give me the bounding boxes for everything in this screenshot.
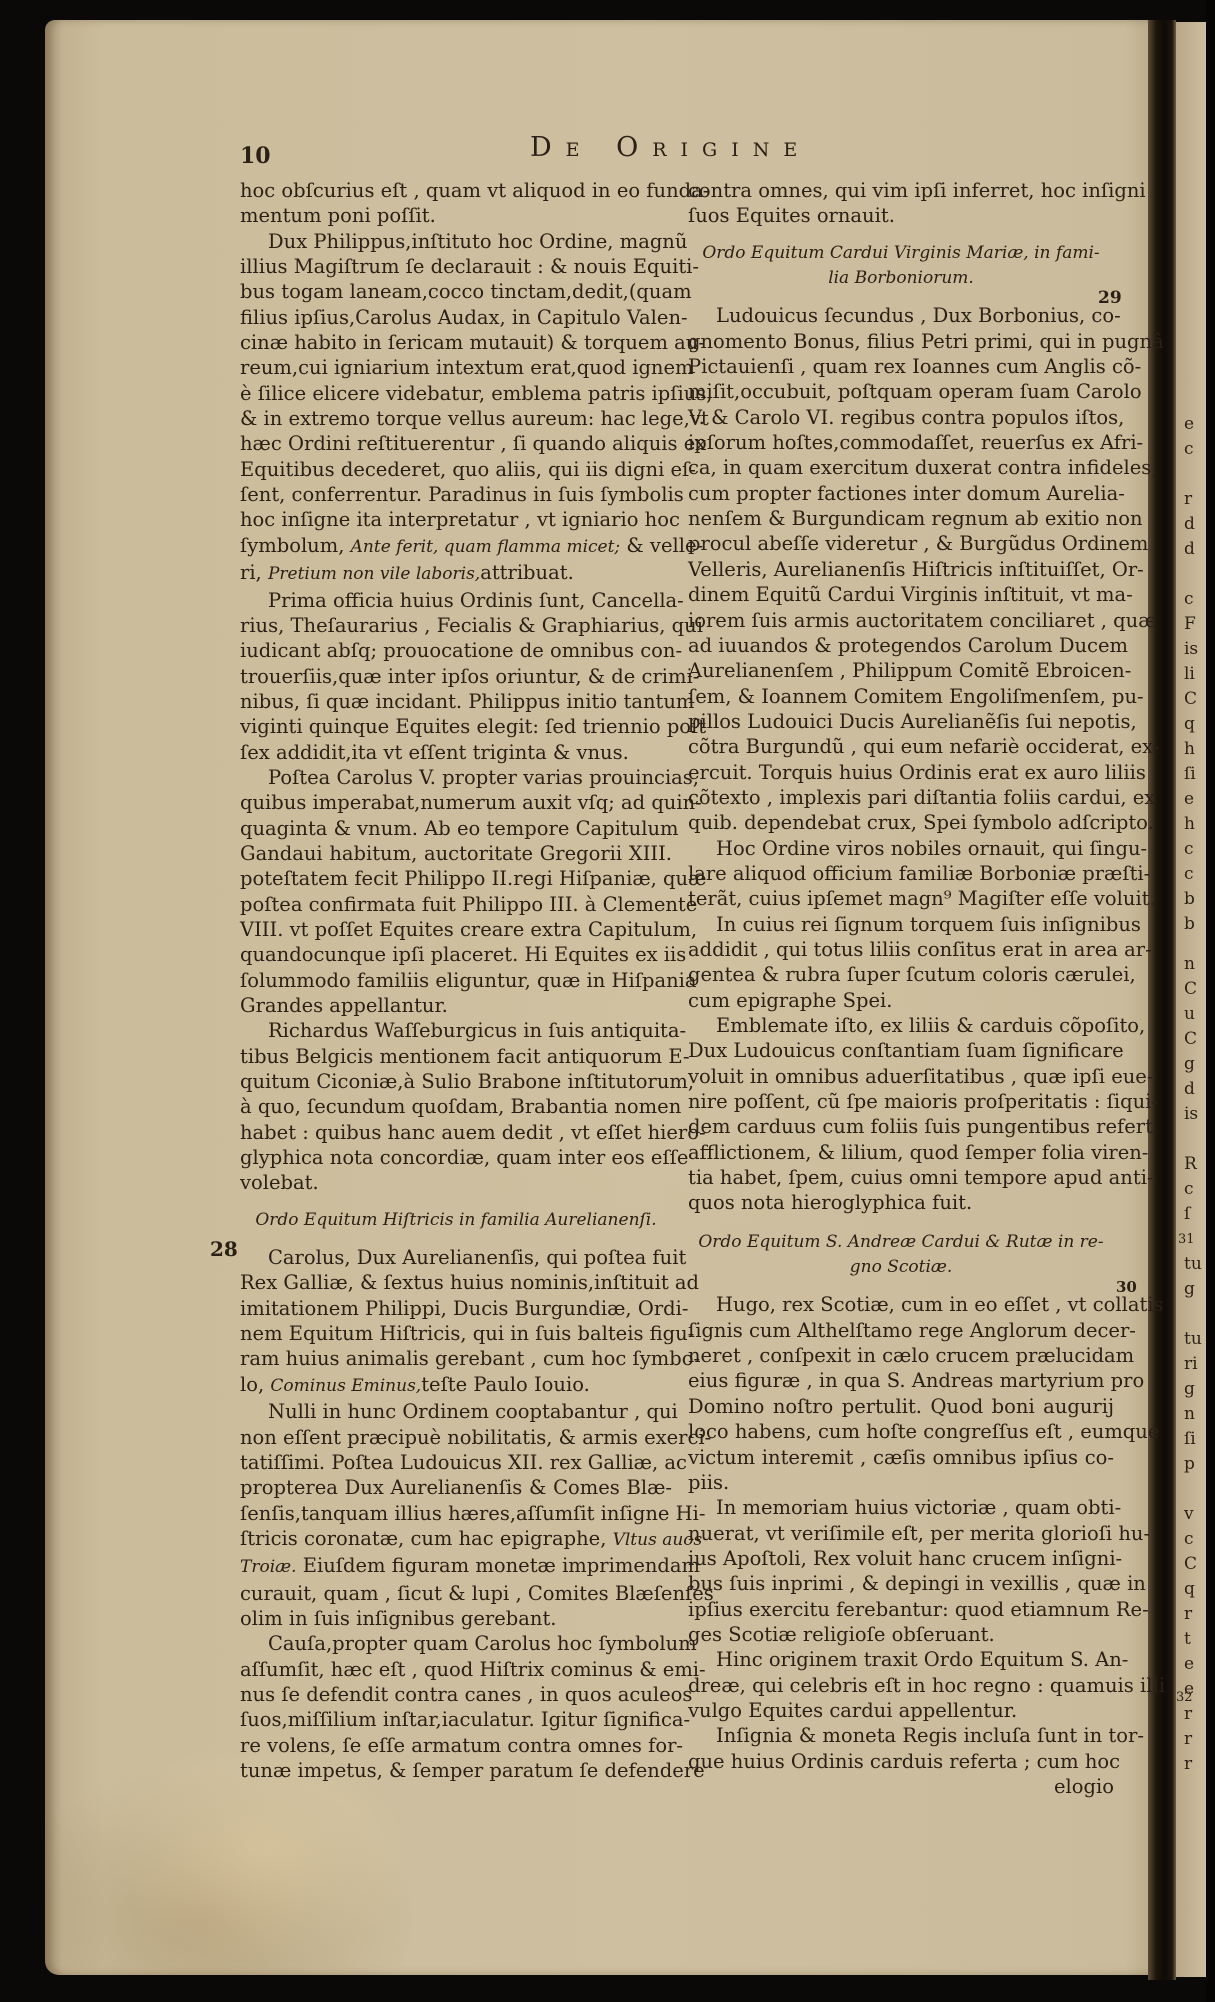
text-line: à quo, ſecundum quoſdam, Brabantia nomen xyxy=(240,1094,672,1119)
text-line: Emblemate iſto, ex liliis & carduis cõpo… xyxy=(688,1013,1114,1038)
text-line: illius Magiſtrum ſe declarauit : & nouis… xyxy=(240,254,672,279)
text-line: tia habet, ſpem, cuius omni tempore apud… xyxy=(688,1165,1114,1190)
next-page-text-mid: n C u C g d is R c ſ xyxy=(1184,952,1198,1227)
margin-number-30: 30 xyxy=(1116,1278,1137,1296)
text-line: ius Apoſtoli, Rex voluit hanc crucem inſ… xyxy=(688,1546,1114,1571)
text-line: contra omnes, qui vim ipſi inferret, hoc… xyxy=(688,178,1114,203)
text-line: In cuius rei ſignum torquem ſuis inſigni… xyxy=(688,912,1114,937)
text-line: nus ſe defendit contra canes , in quos a… xyxy=(240,1682,672,1707)
text-line: ercuit. Torquis huius Ordinis erat ex au… xyxy=(688,760,1114,785)
text-line: tatiſſimi. Poſtea Ludouicus XII. rex Gal… xyxy=(240,1450,672,1475)
next-page-margin-number-32: 32 xyxy=(1176,1685,1193,1710)
text-line: tibus Belgicis mentionem facit antiquoru… xyxy=(240,1044,672,1069)
text-line: quandocunque ipſi placeret. Hi Equites e… xyxy=(240,942,672,967)
text-line: dinem Equitũ Cardui Virginis inſtituit, … xyxy=(688,582,1114,607)
text-line: ſex addidit,ita vt eſſent triginta & vnu… xyxy=(240,740,672,765)
text-line: Equitibus decederet, quo aliis, qui iis … xyxy=(240,457,672,482)
section-heading-histrix: Ordo Equitum Hiſtricis in familia Aureli… xyxy=(240,1208,672,1233)
text-line: Ludouicus ſecundus , Dux Borbonius, co- xyxy=(688,303,1114,328)
margin-number-29: 29 xyxy=(1098,288,1122,308)
text-line: ſuos,miſſilium inſtar,iaculatur. Igitur … xyxy=(240,1707,672,1732)
text-line: ſtricis coronatæ, cum hac epigraphe, Vlt… xyxy=(240,1526,672,1553)
text-line: Hinc originem traxit Ordo Equitum S. An- xyxy=(688,1647,1114,1672)
margin-number-28: 28 xyxy=(210,1237,238,1261)
text-line: miſit,occubuit, poſtquam operam ſuam Car… xyxy=(688,379,1114,404)
text-line: ſignis cum Althelſtamo rege Anglorum dec… xyxy=(688,1318,1114,1343)
text-line: bus ſuis inprimi , & depingi in vexillis… xyxy=(688,1571,1114,1596)
text-line: ſent, conferrentur. Paradinus in ſuis ſy… xyxy=(240,482,672,507)
text-line: iorem ſuis armis auctoritatem conciliare… xyxy=(688,608,1114,633)
text-line: Inſignia & moneta Regis incluſa ſunt in … xyxy=(688,1723,1114,1748)
text-line: Domino noſtro pertulit. Quod boni auguri… xyxy=(688,1394,1114,1419)
text-line: Cauſa,propter quam Carolus hoc ſymbolum xyxy=(240,1631,672,1656)
text-line: que huius Ordinis carduis referta ; cum … xyxy=(688,1749,1114,1774)
text-line: poteſtatem fecit Philippo II.regi Hiſpan… xyxy=(240,866,672,891)
text-line: Poſtea Carolus V. propter varias prouinc… xyxy=(240,765,672,790)
text-line: quibus imperabat,numerum auxit vſq; ad q… xyxy=(240,790,672,815)
text-line: nenſem & Burgundicam regnum ab exitio no… xyxy=(688,506,1114,531)
text-line: VIII. vt poſſet Equites creare extra Cap… xyxy=(240,917,672,942)
spacer xyxy=(240,1196,672,1208)
section-heading-andreae: Ordo Equitum S. Andreæ Cardui & Rutæ in … xyxy=(688,1230,1114,1255)
text-line: neret , conſpexit in cælo crucem præluci… xyxy=(688,1343,1114,1368)
text-line: reum,cui igniarium intextum erat,quod ig… xyxy=(240,355,672,380)
text-line: viginti quinque Equites elegit: ſed trie… xyxy=(240,714,672,739)
text-line: Gandaui habitum, auctoritate Gregorii XI… xyxy=(240,841,672,866)
text-run: lo, xyxy=(240,1373,270,1396)
text-run: ri, xyxy=(240,561,268,584)
text-line: Rex Galliæ, & ſextus huius nominis,inſti… xyxy=(240,1270,672,1295)
text-line: In memoriam huius victoriæ , quam obti- xyxy=(688,1495,1114,1520)
spacer xyxy=(688,291,1114,303)
right-column: contra omnes, qui vim ipſi inferret, hoc… xyxy=(688,178,1114,1799)
text-line: glyphica nota concordiæ, quam inter eos … xyxy=(240,1145,672,1170)
next-page-margin-number-31: 31 xyxy=(1178,1227,1195,1252)
text-line: hæc Ordini reſtituerentur , ſi quando al… xyxy=(240,431,672,456)
text-line: Nulli in hunc Ordinem cooptabantur , qui xyxy=(240,1399,672,1424)
text-line: aſſumſit, hæc eſt , quod Hiſtrix cominus… xyxy=(240,1657,672,1682)
text-line: hoc inſigne ita interpretatur , vt ignia… xyxy=(240,507,672,532)
text-line: imitationem Philippi, Ducis Burgundiæ, O… xyxy=(240,1296,672,1321)
spacer xyxy=(688,229,1114,241)
text-line: terãt, cuius ipſemet magn⁹ Magiſter eſſe… xyxy=(688,886,1114,911)
italic-motto: Cominus Eminus, xyxy=(270,1376,421,1396)
running-head: De Origine xyxy=(530,132,811,163)
section-heading-carduus-cont: lia Borboniorum. xyxy=(688,266,1114,291)
section-heading-andreae-cont: gno Scotiæ. xyxy=(688,1255,1114,1280)
text-line: procul abeſſe videretur , & Burgũdus Ord… xyxy=(688,531,1114,556)
text-line: ſolummodo familiis eliguntur, quæ in Hiſ… xyxy=(240,968,672,993)
text-line: Aurelianenſem , Philippum Comitẽ Ebroice… xyxy=(688,658,1114,683)
text-line: ri, Pretium non vile laboris,attribuat. xyxy=(240,560,672,587)
scan-border xyxy=(1206,0,1215,2002)
text-line: loco habens, cum hoſte congreſſus eſt , … xyxy=(688,1419,1114,1444)
text-line: Hoc Ordine viros nobiles ornauit, qui ſi… xyxy=(688,836,1114,861)
text-line: nibus, ſi quæ incidant. Philippus initio… xyxy=(240,689,672,714)
text-run: attribuat. xyxy=(480,561,574,584)
next-page-edge: e c r d d c F is li C q h ſi e h c c b b… xyxy=(1176,22,1206,1977)
text-line: cum propter factiones inter domum Aureli… xyxy=(688,481,1114,506)
text-line: habet : quibus hanc auem dedit , vt eſſe… xyxy=(240,1120,672,1145)
text-line: poſtea confirmata fuit Philippo III. à C… xyxy=(240,892,672,917)
text-line: filius ipſius,Carolus Audax, in Capitulo… xyxy=(240,305,672,330)
text-line: lare aliquod officium familiæ Borboniæ p… xyxy=(688,861,1114,886)
text-run: Eiuſdem figuram monetæ imprimendam xyxy=(297,1554,701,1577)
text-line: Dux Philippus,inſtituto hoc Ordine, magn… xyxy=(240,229,672,254)
text-line: nem Equitum Hiſtricis, qui in ſuis balte… xyxy=(240,1321,672,1346)
section-heading-carduus: Ordo Equitum Cardui Virginis Mariæ, in f… xyxy=(688,241,1114,266)
text-line: cõtexto , implexis pari diſtantia foliis… xyxy=(688,785,1114,810)
spacer xyxy=(240,1233,672,1245)
text-line: piis. xyxy=(688,1470,1114,1495)
text-line: mentum poni poſſit. xyxy=(240,203,672,228)
text-line: addidit , qui totus liliis conſitus erat… xyxy=(688,937,1114,962)
text-line: ſem, & Ioannem Comitem Engoliſmenſem, pu… xyxy=(688,684,1114,709)
text-line: ſymbolum, Ante ferit, quam flamma micet;… xyxy=(240,533,672,560)
text-line: re volens, ſe eſſe armatum contra omnes … xyxy=(240,1733,672,1758)
text-line: gnomento Bonus, filius Petri primi, qui … xyxy=(688,329,1114,354)
text-line: ram huius animalis gerebant , cum hoc ſy… xyxy=(240,1346,672,1371)
text-line: quaginta & vnum. Ab eo tempore Capitulum xyxy=(240,816,672,841)
text-line: quib. dependebat crux, Spei ſymbolo adſc… xyxy=(688,810,1114,835)
text-line: cõtra Burgundũ , qui eum nefariè occider… xyxy=(688,734,1114,759)
text-line: cum epigraphe Spei. xyxy=(688,988,1114,1013)
text-line: quos nota hieroglyphica fuit. xyxy=(688,1190,1114,1215)
text-line: gentea & rubra ſuper ſcutum coloris cæru… xyxy=(688,962,1114,987)
text-line: hoc obſcurius eſt , quam vt aliquod in e… xyxy=(240,178,672,203)
text-line: Hugo, rex Scotiæ, cum in eo eſſet , vt c… xyxy=(688,1292,1114,1317)
text-line: volebat. xyxy=(240,1170,672,1195)
text-line: & in extremo torque vellus aureum: hac l… xyxy=(240,406,672,431)
text-line: trouerſiis,quæ inter ipſos oriuntur, & d… xyxy=(240,664,672,689)
spacer xyxy=(688,1216,1114,1230)
text-line: nire poſſent, cũ ſpe maioris proſperitat… xyxy=(688,1089,1114,1114)
text-line: ſuos Equites ornauit. xyxy=(688,203,1114,228)
catchword: elogio xyxy=(688,1774,1114,1799)
text-line: Prima officia huius Ordinis ſunt, Cancel… xyxy=(240,588,672,613)
page-number: 10 xyxy=(240,143,271,169)
text-line: lo, Cominus Eminus,teſte Paulo Iouio. xyxy=(240,1372,672,1399)
text-line: V. & Carolo VI. regibus contra populos i… xyxy=(688,405,1114,430)
text-line: curauit, quam , ſicut & lupi , Comites B… xyxy=(240,1581,672,1606)
left-column: hoc obſcurius eſt , quam vt aliquod in e… xyxy=(240,178,672,1783)
text-run: ſtricis coronatæ, cum hac epigraphe, xyxy=(240,1527,613,1550)
text-line: Richardus Waſſeburgicus in ſuis antiquit… xyxy=(240,1018,672,1043)
text-line: bus togam laneam,cocco tinctam,dedit,(qu… xyxy=(240,279,672,304)
text-line: quitum Ciconiæ,à Sulio Brabone inſtituto… xyxy=(240,1069,672,1094)
text-line: dreæ, qui celebris eſt in hoc regno : qu… xyxy=(688,1673,1114,1698)
next-page-text-top: e c r d d c F is li C q h ſi e h c c b b xyxy=(1184,412,1198,937)
text-line: ca, in quam exercitum duxerat contra inf… xyxy=(688,455,1114,480)
text-line: cinæ habito in ſericam mutauit) & torque… xyxy=(240,330,672,355)
text-line: pillos Ludouici Ducis Aurelianẽſis ſui n… xyxy=(688,709,1114,734)
text-line: eius figuræ , in qua S. Andreas martyriu… xyxy=(688,1368,1114,1393)
text-run: ſymbolum, xyxy=(240,534,351,557)
text-line: ad iuuandos & protegendos Carolum Ducem xyxy=(688,633,1114,658)
text-line: vulgo Equites cardui appellentur. xyxy=(688,1698,1114,1723)
text-line: ipſorum hoſtes,commodaſſet, reuerſus ex … xyxy=(688,430,1114,455)
text-line: afflictionem, & lilium, quod ſemper foli… xyxy=(688,1140,1114,1165)
text-line: rius, Theſaurarius , Fecialis & Graphiar… xyxy=(240,613,672,638)
text-line: Pictauienſi , quam rex Ioannes cum Angli… xyxy=(688,354,1114,379)
text-line: non eſſent præcipuè nobilitatis, & armis… xyxy=(240,1425,672,1450)
text-line: è ſilice elicere videbatur, emblema patr… xyxy=(240,381,672,406)
text-run: teſte Paulo Iouio. xyxy=(421,1373,590,1396)
text-line: Carolus, Dux Aurelianenſis, qui poſtea f… xyxy=(240,1245,672,1270)
text-line: Velleris, Aurelianenſis Hiſtricis inſtit… xyxy=(688,557,1114,582)
text-line: Dux Ludouicus conſtantiam ſuam ſignifica… xyxy=(688,1038,1114,1063)
text-line: dem carduus cum foliis ſuis pungentibus … xyxy=(688,1114,1114,1139)
text-line: ges Scotiæ religioſe obſeruant. xyxy=(688,1622,1114,1647)
text-line: voluit in omnibus aduerſitatibus , quæ i… xyxy=(688,1064,1114,1089)
text-line: victum interemit , cæſis omnibus ipſius … xyxy=(688,1445,1114,1470)
italic-motto: Troiæ. xyxy=(240,1557,297,1577)
text-line: tunæ impetus, & ſemper paratum ſe defend… xyxy=(240,1758,672,1783)
spacer xyxy=(688,1280,1114,1292)
text-line: iudicant abſq; prouocatione de omnibus c… xyxy=(240,638,672,663)
italic-motto: Pretium non vile laboris, xyxy=(268,564,480,584)
text-line: ipſius exercitu ferebantur: quod etiamnu… xyxy=(688,1597,1114,1622)
text-line: Troiæ. Eiuſdem figuram monetæ imprimenda… xyxy=(240,1553,672,1580)
text-line: nuerat, vt veriſimile eſt, per merita gl… xyxy=(688,1521,1114,1546)
italic-motto: Ante ferit, quam flamma micet; xyxy=(351,537,621,557)
text-line: Grandes appellantur. xyxy=(240,993,672,1018)
text-line: olim in ſuis inſignibus gerebant. xyxy=(240,1606,672,1631)
text-line: propterea Dux Aurelianenſis & Comes Blæ- xyxy=(240,1475,672,1500)
text-line: ſenſis,tanquam illius hæres,aſſumſit inſ… xyxy=(240,1501,672,1526)
